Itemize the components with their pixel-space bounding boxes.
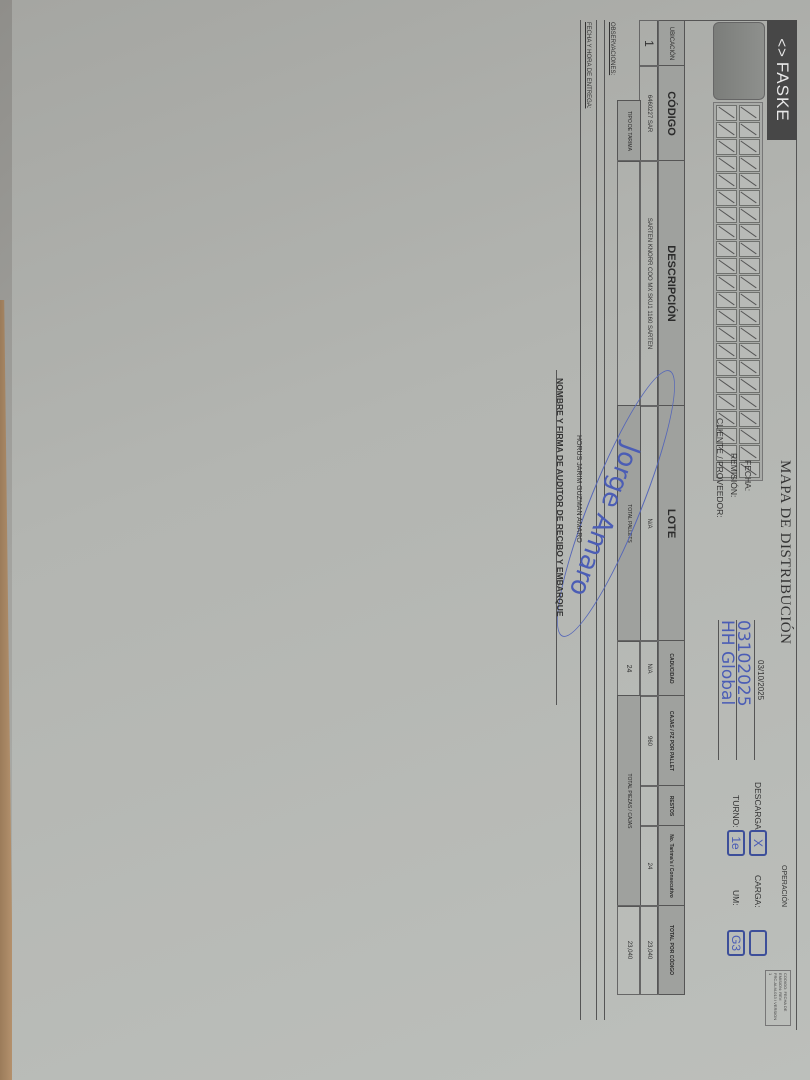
pallet-slot-icon bbox=[739, 326, 760, 342]
pallet-slot-icon bbox=[739, 292, 760, 308]
faske-logo-symbol: <> bbox=[774, 38, 791, 58]
pallet-slot-icon bbox=[739, 139, 760, 155]
pallet-slot-icon bbox=[739, 411, 760, 427]
pallet-slot-icon bbox=[739, 428, 760, 444]
pallet-slot-icon bbox=[717, 394, 738, 410]
cell-restos bbox=[639, 785, 659, 827]
pallet-slot-icon bbox=[739, 258, 760, 274]
pallet-slot-icon bbox=[739, 360, 760, 376]
col-restos: RESTOS bbox=[657, 785, 685, 827]
cliente-value[interactable]: HH Global bbox=[717, 620, 737, 705]
total-piezas-label: TOTAL PIEZAS / CAJAS bbox=[617, 695, 641, 907]
um-field[interactable]: G3 bbox=[727, 930, 745, 956]
pallet-slot-icon bbox=[739, 377, 760, 393]
cell-tarimas: 24 bbox=[639, 825, 659, 907]
pallet-slot-icon bbox=[739, 156, 760, 172]
pallet-slot-icon bbox=[717, 343, 738, 359]
distribution-map-form: <> FASKE MAPA DE DISTRIBUCIÓN FECHA: 03/… bbox=[17, 20, 797, 1030]
cliente-label: CLIENTE / PROVEEDOR: bbox=[715, 418, 725, 518]
pallet-slot-icon bbox=[717, 224, 738, 240]
turno-field[interactable]: 1e bbox=[727, 830, 745, 856]
descarga-label: DESCARGA: bbox=[753, 782, 763, 832]
pallet-slot-icon bbox=[717, 139, 738, 155]
pallet-slot-icon bbox=[717, 292, 738, 308]
pallet-slot-icon bbox=[717, 309, 738, 325]
document-control-box: CODIGO: FECHA DE EMISION: REV: FRC-ALM-0… bbox=[765, 970, 791, 1026]
fecha-entrega-label: FECHA Y HORA DE ENTREGA: bbox=[585, 22, 591, 108]
col-cajas-por-pallet: CAJAS / PZ POR PALLET bbox=[657, 695, 685, 787]
pallet-slot-icon bbox=[717, 326, 738, 342]
pallet-slot-icon bbox=[739, 275, 760, 291]
pallet-slot-icon bbox=[739, 394, 760, 410]
col-tarimas: No. Tarima's / Consecutivo bbox=[657, 825, 685, 907]
pallet-slot-icon bbox=[717, 258, 738, 274]
pallet-slot-icon bbox=[717, 105, 738, 121]
faske-logo-text: FASKE bbox=[772, 62, 792, 122]
pallet-slot-icon bbox=[739, 343, 760, 359]
pallet-slot-icon bbox=[739, 445, 760, 461]
pallet-slot-icon bbox=[717, 241, 738, 257]
pallet-slot-icon bbox=[739, 122, 760, 138]
truck-icon bbox=[713, 22, 765, 100]
cell-descripcion: SARTEN KNORR COO MX SKU1 1160 SARTEN bbox=[639, 160, 659, 407]
pallet-slot-icon bbox=[717, 360, 738, 376]
fecha-label: FECHA: bbox=[743, 460, 753, 491]
cell-cajas-por-pallet: 960 bbox=[639, 695, 659, 787]
um-label: UM: bbox=[731, 890, 741, 906]
cliente-underline bbox=[718, 620, 719, 760]
remision-label: REMISIÓN: bbox=[729, 453, 739, 497]
signature-caption: NOMBRE Y FIRMA DE AUDITOR DE RECIBO Y EM… bbox=[555, 378, 565, 617]
pallet-slot-icon bbox=[717, 173, 738, 189]
border-top bbox=[796, 20, 797, 1030]
pallet-slot-icon bbox=[739, 224, 760, 240]
document-control-line2: FRC-ALM-013 / VERSION 1 bbox=[768, 973, 778, 1023]
auditor-printed-name: HORUS JARIM GUZMAN AMARO bbox=[575, 435, 582, 543]
fecha-underline bbox=[754, 620, 755, 760]
carga-label: CARGA: bbox=[753, 875, 763, 908]
col-total-codigo: TOTAL POR CÓDIGO bbox=[657, 905, 685, 995]
total-piezas-value: 23,040 bbox=[617, 905, 641, 995]
col-ubicacion: UBICACIÓN bbox=[657, 20, 685, 67]
pallet-slot-icon bbox=[739, 173, 760, 189]
turno-label: TURNO: bbox=[731, 795, 741, 828]
form-title: MAPA DE DISTRIBUCIÓN bbox=[776, 460, 793, 644]
pallet-slot-icon bbox=[739, 190, 760, 206]
pallet-slot-icon bbox=[717, 377, 738, 393]
pallet-slot-icon bbox=[739, 309, 760, 325]
cell-total-codigo: 23,040 bbox=[639, 905, 659, 995]
observaciones-label: OBSERVACIONES: bbox=[609, 22, 615, 75]
document-control-line1: CODIGO: FECHA DE EMISION: REV: bbox=[778, 973, 788, 1023]
col-descripcion: DESCRIPCIÓN bbox=[657, 160, 685, 407]
pallet-slot-icon bbox=[717, 275, 738, 291]
pallet-slot-icon bbox=[739, 207, 760, 223]
pallet-slot-icon bbox=[717, 156, 738, 172]
col-caducidad: CADUCIDAD bbox=[657, 640, 685, 697]
pallet-slot-icon bbox=[717, 207, 738, 223]
cell-caducidad: N/A bbox=[639, 640, 659, 697]
pallet-slot-icon bbox=[739, 105, 760, 121]
operacion-title: OPERACIÓN bbox=[780, 865, 787, 907]
fecha-value: 03/10/2025 bbox=[756, 660, 765, 700]
cell-ubicacion: 1 bbox=[639, 20, 659, 67]
total-pallets-value: 24 bbox=[617, 640, 641, 697]
pallet-slot-icon bbox=[717, 122, 738, 138]
col-codigo: CÓDIGO bbox=[657, 65, 685, 162]
faske-logo: <> FASKE bbox=[767, 20, 797, 140]
descarga-checkbox[interactable]: X bbox=[749, 830, 767, 856]
pallet-slot-icon bbox=[739, 241, 760, 257]
tipo-tarima-value bbox=[617, 160, 641, 407]
carga-checkbox[interactable] bbox=[749, 930, 767, 956]
pallet-slot-icon bbox=[717, 190, 738, 206]
cell-codigo: 6460227 SAR bbox=[639, 65, 659, 162]
tipo-tarima-label: TIPO DE TARIMA bbox=[617, 100, 641, 162]
